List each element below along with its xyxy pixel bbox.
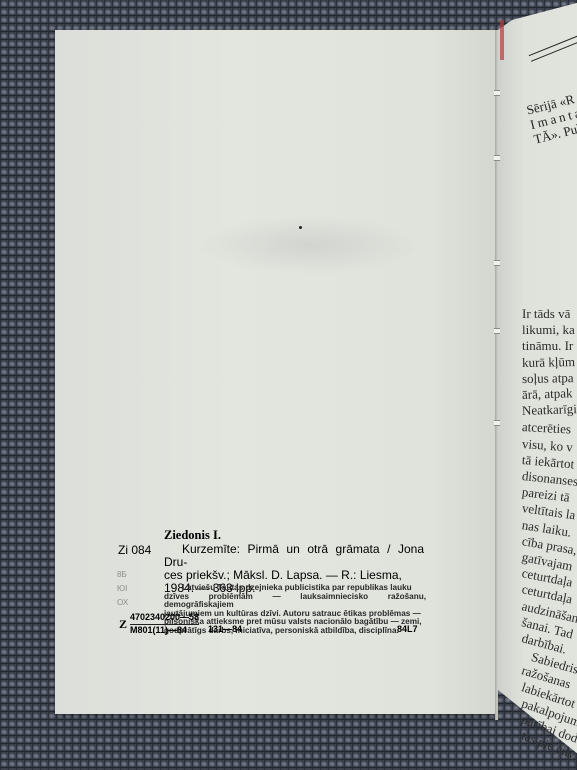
body-line: kurā kļūm [522, 354, 577, 371]
bbk-code: 84L7 [397, 624, 418, 634]
fraction-denominator: M801(11)—84 [130, 625, 199, 636]
body-line: tināmu. Ir [522, 338, 577, 354]
red-cover-edge [500, 20, 504, 60]
faint-stamp-mark: ЮІ [117, 584, 127, 593]
binding-stitch [494, 328, 500, 334]
binding-stitch [494, 260, 500, 266]
faint-stamp-mark: 8Б [117, 570, 127, 579]
book-spine-gutter [495, 30, 498, 720]
annotation-line: dzīves problēmām — lauksaimniecisko ražo… [164, 593, 426, 610]
binding-stitch [494, 90, 500, 96]
annotation-line: godprātīgs darbs, iniciatīva, personiskā… [164, 627, 426, 636]
paper-smudge [195, 215, 425, 275]
price-fraction: 4702340200—58 M801(11)—84 [130, 612, 199, 636]
body-line: Ir tāds vā [522, 306, 577, 322]
body-line: likumi, ka [522, 322, 577, 338]
right-page-body: Ir tāds vā likumi, ka tināmu. Ir kurā kļ… [522, 306, 577, 743]
fraction-numerator: 4702340200—58 [130, 612, 199, 625]
ink-speck [299, 226, 302, 229]
book-annotation: Latviešu Tautas dzejnieka publicistika p… [164, 584, 426, 636]
binding-stitch [494, 155, 500, 161]
faint-stamp-mark: ОХ [117, 598, 128, 607]
fraction-suffix: 131—84 [208, 624, 242, 634]
z-index-letter: Z [119, 617, 127, 632]
title-line: Kurzemīte: Pirmā un otrā grāmata / Jona … [164, 543, 424, 569]
body-line: Neatkarīgi [522, 401, 577, 419]
classification-code: Zi 084 [118, 543, 151, 557]
author-name: Ziedonis I. [164, 528, 221, 543]
binding-stitch [494, 420, 500, 426]
